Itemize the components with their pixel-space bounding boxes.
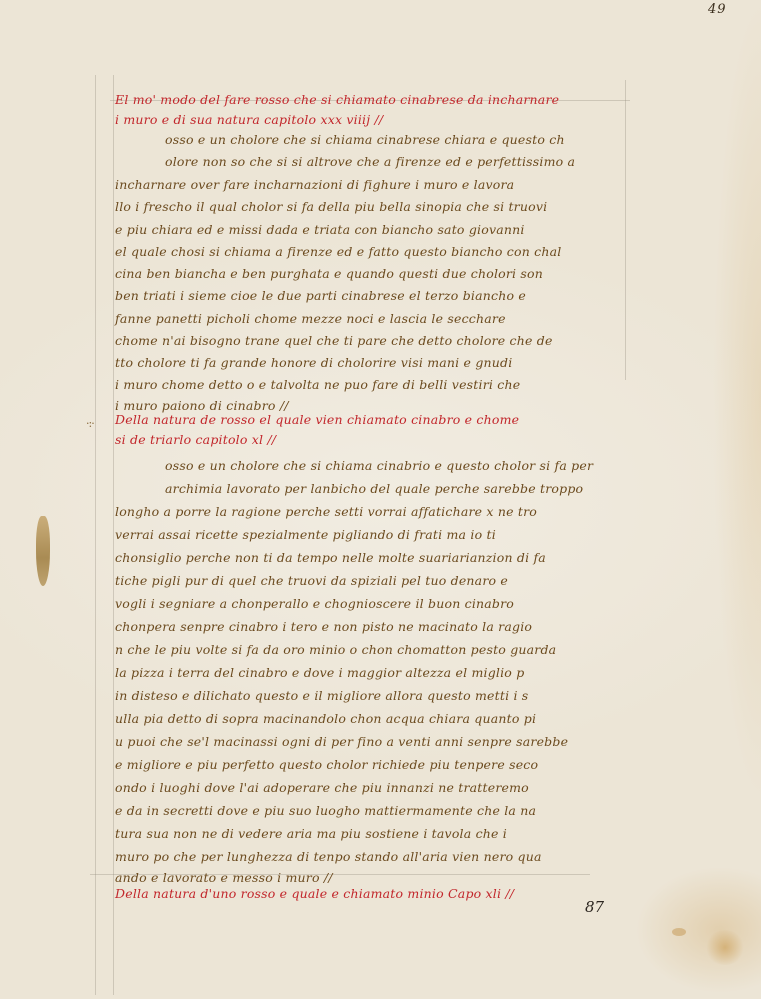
text-line: longho a porre la ragione perche setti v… (115, 504, 537, 520)
text-line: e da in secretti dove e piu suo luogho m… (115, 803, 536, 819)
rubric-heading-line: Della natura de rosso el quale vien chia… (115, 412, 519, 428)
text-line: verrai assai ricette spezialmente piglia… (115, 527, 496, 543)
text-line: osso e un cholore che si chiama cinabrio… (165, 458, 593, 474)
foliation-number: 87 (585, 898, 604, 916)
margin-rule-left (113, 75, 114, 995)
text-line: tto cholore ti fa grande honore di cholo… (115, 355, 512, 371)
text-line: muro po che per lunghezza di tenpo stand… (115, 849, 542, 865)
text-line: ando e lavorato e messo i muro // (115, 870, 333, 886)
text-line: incharnare over fare incharnazioni di fi… (115, 177, 514, 193)
text-line: ben triati i sieme cioe le due parti cin… (115, 288, 526, 304)
text-line: archimia lavorato per lanbicho del quale… (165, 481, 583, 497)
text-line: i muro chome detto o e talvolta ne puo f… (115, 377, 520, 393)
text-line: tiche pigli pur di quel che truovi da sp… (115, 573, 508, 589)
rubric-heading-line: Della natura d'uno rosso e quale e chiam… (115, 886, 514, 902)
rubric-heading-line: i muro e di sua natura capitolo xxx viii… (115, 112, 383, 128)
text-line: olore non so che si si altrove che a fir… (165, 154, 575, 170)
text-line: osso e un cholore che si chiama cinabres… (165, 132, 565, 148)
text-line: chonpera senpre cinabro i tero e non pis… (115, 619, 532, 635)
rubric-heading-line: si de triarlo capitolo xl // (115, 432, 276, 448)
text-line: e piu chiara ed e missi dada e triata co… (115, 222, 525, 238)
text-line: ulla pia detto di sopra macinandolo chon… (115, 711, 536, 727)
text-line: la pizza i terra del cinabro e dove i ma… (115, 665, 524, 681)
text-line: u puoi che se'l macinassi ogni di per fi… (115, 734, 568, 750)
text-line: chonsiglio perche non ti da tempo nelle … (115, 550, 546, 566)
text-line: cina ben biancha e ben purghata e quando… (115, 266, 543, 282)
foxing-spot (672, 928, 686, 936)
manuscript-page: 49 ·:· El mo' modo del fare rosso che si… (0, 0, 761, 999)
text-line: e migliore e piu perfetto questo cholor … (115, 757, 538, 773)
text-line: vogli i segniare a chonperallo e chognio… (115, 596, 514, 612)
ink-stain (36, 516, 50, 586)
paragraph-mark: ·:· (86, 417, 94, 430)
text-line: fanne panetti picholi chome mezze noci e… (115, 311, 506, 327)
rubric-heading-line: El mo' modo del fare rosso che si chiama… (115, 92, 559, 108)
text-line: tura sua non ne di vedere aria ma piu so… (115, 826, 507, 842)
text-line: llo i frescho il qual cholor si fa della… (115, 199, 547, 215)
foxing-stain (705, 930, 745, 965)
text-line: chome n'ai bisogno trane quel che ti par… (115, 333, 553, 349)
margin-rule-left-outer (95, 75, 96, 995)
text-line: n che le piu volte si fa da oro minio o … (115, 642, 556, 658)
folio-number: 49 (708, 2, 727, 17)
margin-rule-right (625, 80, 626, 380)
text-line: ondo i luoghi dove l'ai adoperare che pi… (115, 780, 529, 796)
text-line: in disteso e dilichato questo e il migli… (115, 688, 528, 704)
text-line: el quale chosi si chiama a firenze ed e … (115, 244, 561, 260)
